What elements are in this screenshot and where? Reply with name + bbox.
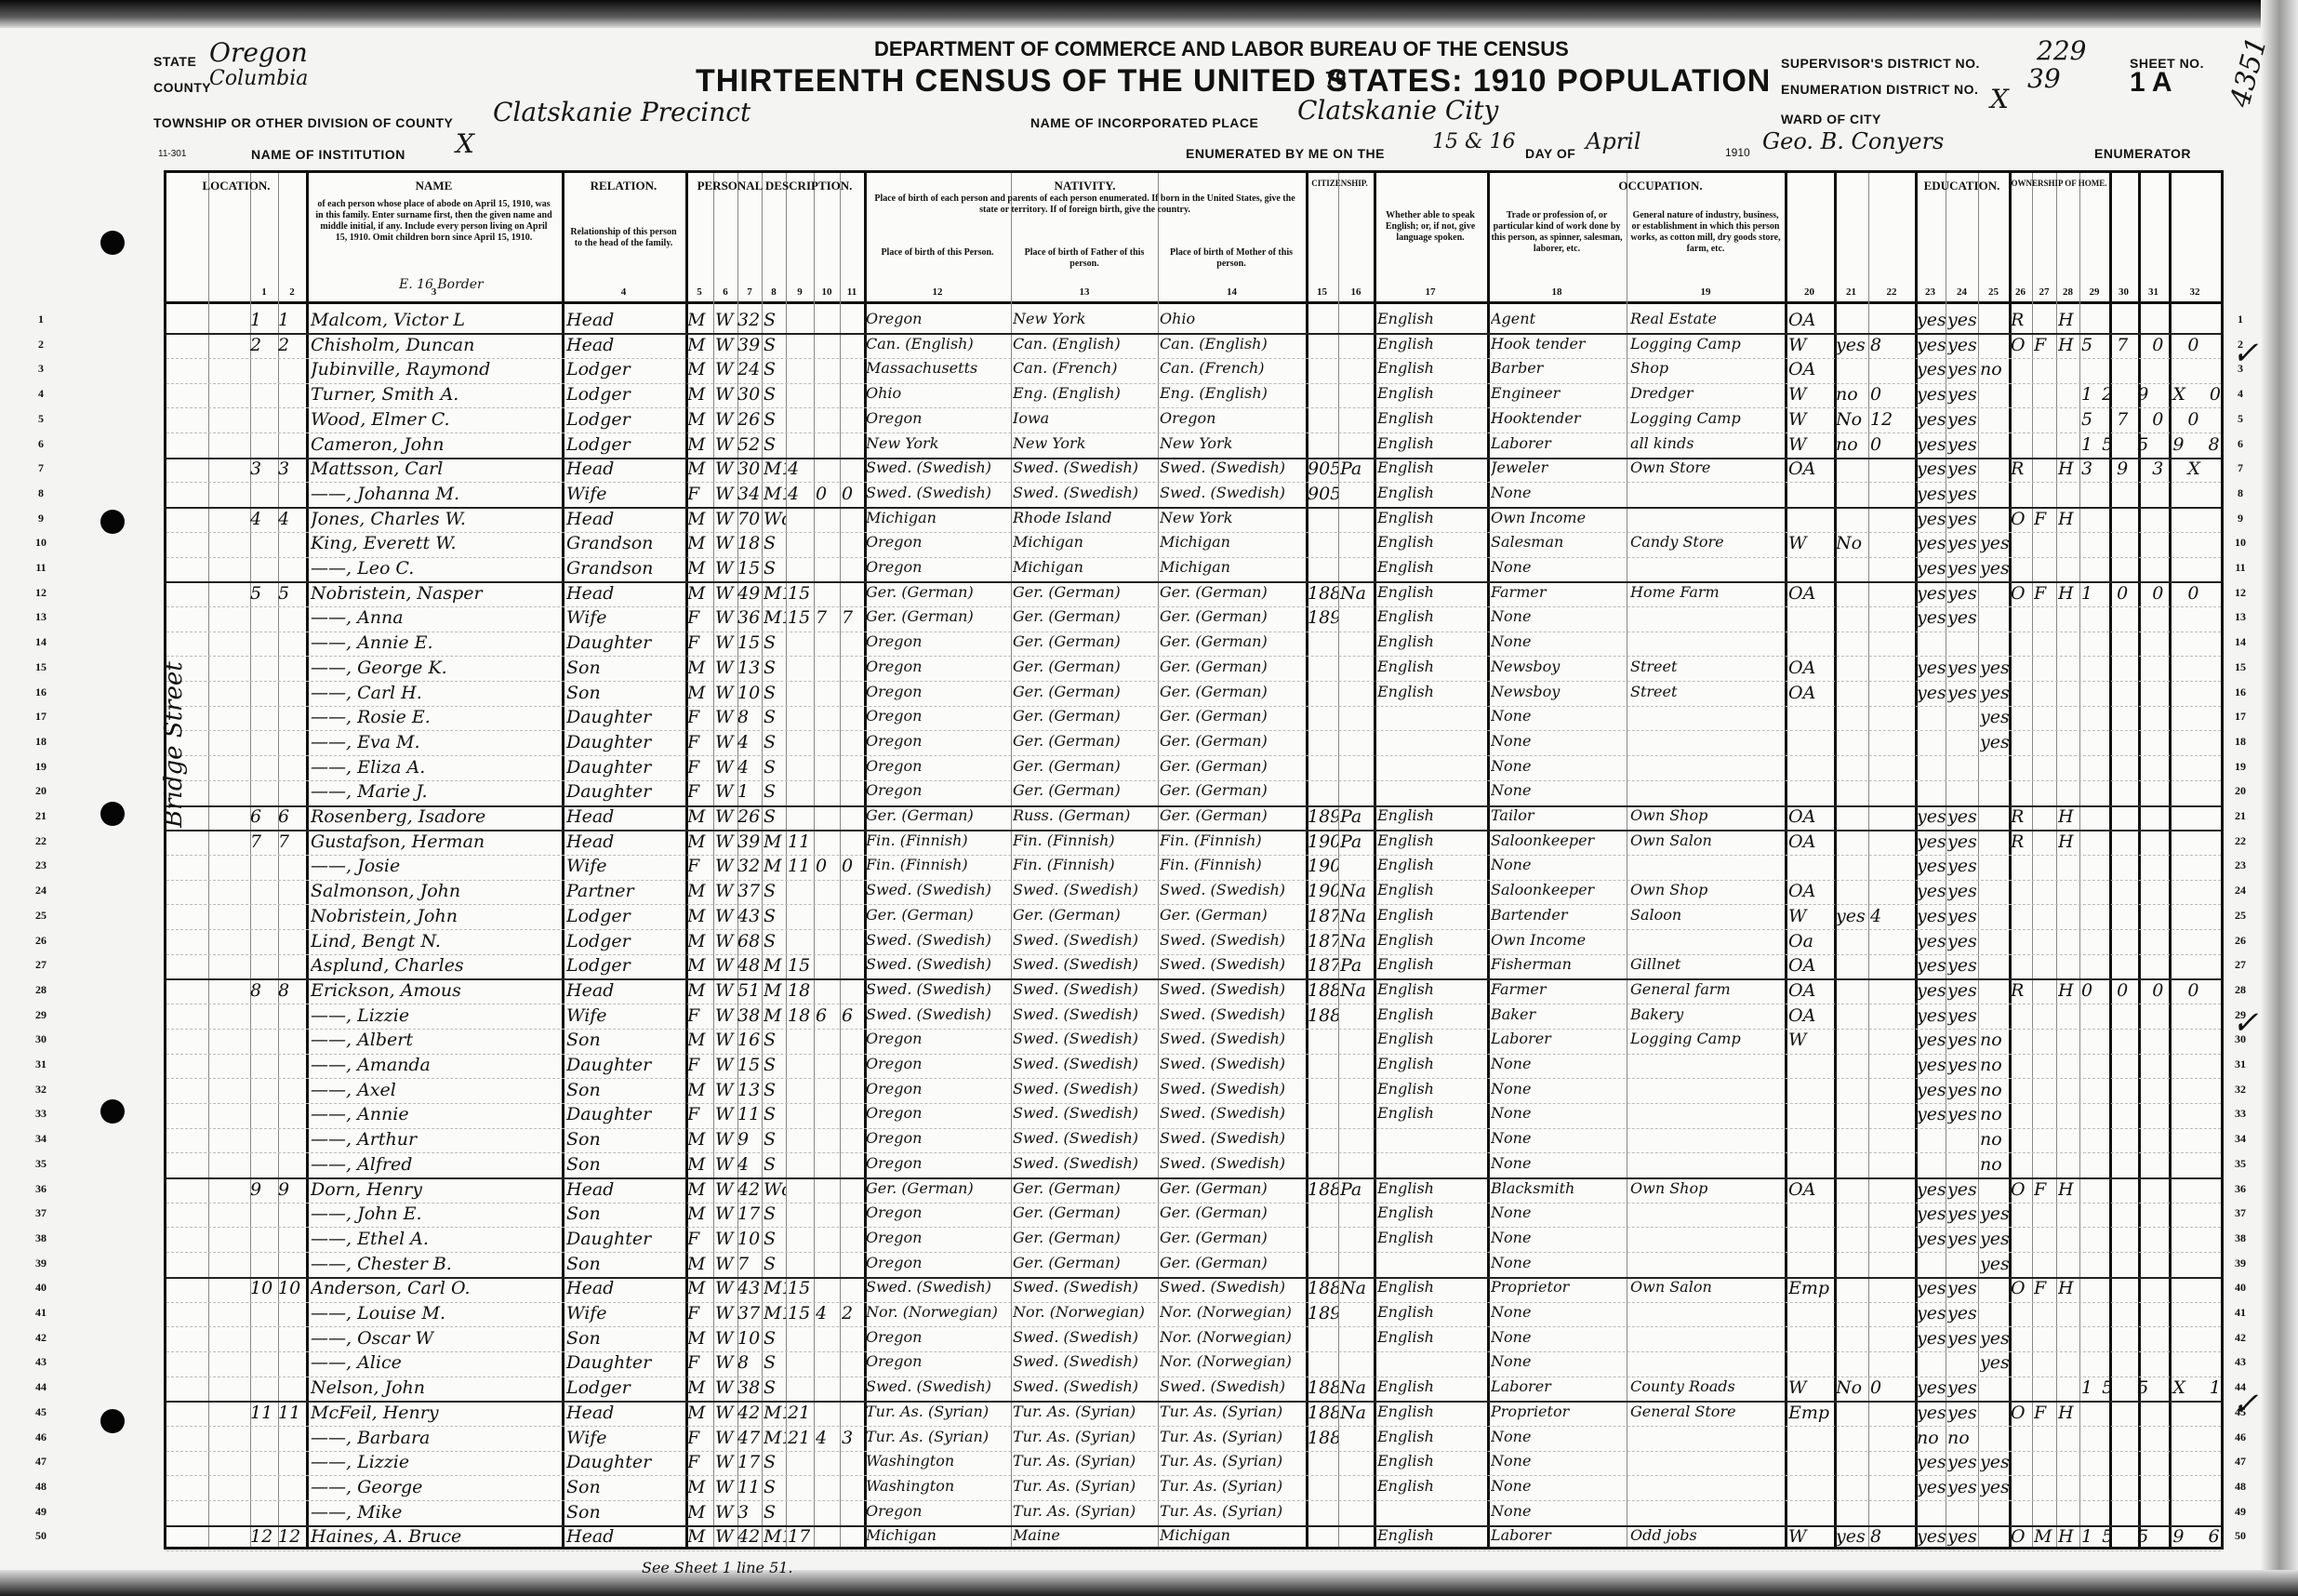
column-number: 28 [2056,286,2079,298]
cell-father-birth: Swed. (Swedish) [1013,1352,1158,1370]
cell-immigration: 1889 [1308,1428,1338,1448]
cell-trade: Farmer [1491,980,1627,998]
cell-schedule: 5 7 0 0 [2081,409,2221,430]
cell-years-married: 4 [788,459,814,479]
cell-language: English [1377,1104,1487,1122]
cell-immigration: 1889 [1308,980,1338,1001]
cell-industry: Odd jobs [1630,1526,1785,1544]
cell-relation: Son [566,683,685,703]
cell-race: W [715,558,737,579]
cell-marital: M1 [764,459,786,479]
cell-race: W [715,1403,737,1423]
cell-father-birth: Ger. (German) [1013,732,1158,750]
cell-school: no [1980,1154,2009,1175]
cell-owned: O [2011,335,2032,355]
cell-sex: M [687,1030,713,1050]
cell-years-married: 11 [788,856,814,876]
cell-name: ——, Lizzie [311,1452,562,1472]
cell-living: 2 [842,1303,864,1323]
enumerator-label: ENUMERATOR [2094,146,2191,161]
cell-language: English [1377,484,1487,501]
cell-mortgage: F [2034,509,2056,529]
column-number: 5 [685,286,713,298]
line-number: 41 [27,1306,55,1320]
cell-age: 15 [737,558,762,579]
cell-school: yes [1980,1477,2009,1497]
cell-owned: R [2011,459,2032,479]
cell-birth: Oregon [866,533,1011,551]
cell-trade: Saloonkeeper [1491,881,1627,898]
cell-dwelling: 11 [250,1403,278,1423]
cell-relation: Son [566,1328,685,1349]
cell-language: English [1377,931,1487,949]
cell-relation: Daughter [566,1055,685,1075]
cell-owned: O [2011,1403,2032,1423]
cell-father-birth: Michigan [1013,533,1158,551]
cell-birth: Ger. (German) [866,1179,1011,1197]
cell-name: King, Everett W. [311,533,562,553]
cell-race: W [715,1278,737,1298]
cell-mother-birth: Swed. (Swedish) [1160,881,1306,898]
cell-trade: Saloonkeeper [1491,831,1627,849]
cell-marital: S [764,533,786,553]
cell-immigration: 1901 [1308,831,1338,852]
cell-name: ——, Lizzie [311,1005,562,1026]
cell-write: yes [1947,831,1978,852]
cell-language: English [1377,583,1487,601]
cell-read: yes [1917,558,1946,579]
cell-trade: None [1491,856,1627,873]
cell-mother-birth: Oregon [1160,409,1306,427]
cell-mother-birth: Ger. (German) [1160,806,1306,824]
cell-sex: M [687,1254,713,1274]
cell-read: yes [1917,831,1946,852]
cell-birth: Oregon [866,757,1011,775]
cell-marital: M [764,856,786,876]
cell-trade: None [1491,1129,1627,1147]
cell-trade: Own Income [1491,509,1627,526]
cell-naturalized: Pa [1340,806,1374,827]
cell-language: English [1377,607,1487,625]
cell-sex: F [687,781,713,802]
line-number: 42 [2226,1331,2254,1345]
cell-age: 8 [737,1352,762,1373]
cell-relation: Son [566,1477,685,1497]
cell-language: English [1377,310,1487,327]
cell-marital: M1 [764,1403,786,1423]
cell-owned: R [2011,831,2032,852]
line-number: 43 [2226,1355,2254,1369]
cell-relation: Head [566,1179,685,1200]
month-value: April [1586,128,1641,154]
table-row: 3838——, Ethel A.DaughterFW10SOregonGer. … [166,1227,2221,1253]
line-number: 4 [2226,387,2254,401]
table-row: 282888Erickson, AmousHeadMW51M18Swed. (S… [166,978,2221,1004]
line-number: 38 [2226,1231,2254,1245]
cell-mother-birth: New York [1160,434,1306,452]
cell-read: yes [1917,509,1946,529]
cell-write: yes [1947,1204,1978,1224]
cell-race: W [715,1303,737,1323]
cell-marital: S [764,1229,786,1249]
cell-relation: Son [566,658,685,678]
line-number: 8 [2226,486,2254,500]
cell-marital: M1 [764,607,786,628]
cell-father-birth: Swed. (Swedish) [1013,1154,1158,1172]
cell-trade: None [1491,558,1627,576]
cell-language: English [1377,683,1487,700]
line-number: 17 [2226,710,2254,724]
cell-industry: Logging Camp [1630,1030,1785,1047]
cell-years-married: 15 [788,583,814,604]
cell-age: 38 [737,1377,762,1398]
cell-read: yes [1917,434,1946,455]
table-row: 1818——, Eva M.DaughterFW4SOregonGer. (Ge… [166,730,2221,756]
cell-school: no [1980,359,2009,379]
cell-age: 26 [737,806,762,827]
cell-race: W [715,1428,737,1448]
cell-read: yes [1917,856,1946,876]
cell-relation: Daughter [566,732,685,752]
cell-trade: None [1491,781,1627,799]
cell-read: yes [1917,335,1946,355]
cell-birth: Fin. (Finnish) [866,856,1011,873]
cell-father-birth: Ger. (German) [1013,757,1158,775]
cell-trade: Blacksmith [1491,1179,1627,1197]
cell-birth: Swed. (Swedish) [866,1005,1011,1023]
cell-born: 7 [816,607,840,628]
relation-instructions: Relationship of this person to the head … [566,227,681,249]
cell-mother-birth: Ohio [1160,310,1306,327]
cell-age: 68 [737,931,762,951]
cell-father-birth: Swed. (Swedish) [1013,1104,1158,1122]
cell-language: English [1377,1179,1487,1197]
cell-father-birth: Swed. (Swedish) [1013,1278,1158,1296]
cell-race: W [715,658,737,678]
cell-write: yes [1947,509,1978,529]
section-ownership: OWNERSHIP OF HOME. [2009,179,2109,188]
line-number: 11 [2226,561,2254,575]
line-number: 35 [27,1157,55,1171]
cell-marital: S [764,683,786,703]
cell-trade: Engineer [1491,384,1627,402]
cell-write: yes [1947,359,1978,379]
cell-father-birth: Tur. As. (Syrian) [1013,1502,1158,1520]
cell-mortgage: F [2034,583,2056,604]
cell-marital: S [764,1477,786,1497]
cell-relation: Wife [566,856,685,876]
cell-race: W [715,1005,737,1026]
cell-years-married: 21 [788,1403,814,1423]
table-row: 3232——, AxelSonMW13SOregonSwed. (Swedish… [166,1078,2221,1104]
cell-read: yes [1917,1030,1946,1050]
cell-industry: Bakery [1630,1005,1785,1023]
cell-relation: Head [566,459,685,479]
cell-name: ——, Eva M. [311,732,562,752]
cell-mother-birth: Swed. (Swedish) [1160,1278,1306,1296]
cell-name: ——, Mike [311,1502,562,1523]
cell-relation: Partner [566,881,685,901]
cell-out-work: yes [1836,1526,1868,1547]
cell-farm-house: H [2058,1179,2079,1200]
cell-mother-birth: Michigan [1160,533,1306,551]
cell-sex: F [687,1303,713,1323]
cell-name: ——, Leo C. [311,558,562,579]
table-row: 3737——, John E.SonMW17SOregonGer. (Germa… [166,1202,2221,1228]
binder-hole [100,1099,125,1124]
birth-person-header: Place of birth of this Person. [869,247,1006,259]
cell-relation: Daughter [566,1452,685,1472]
cell-born: 6 [816,1005,840,1026]
cell-relation: Son [566,1254,685,1274]
cell-dwelling: 6 [250,806,278,827]
cell-race: W [715,459,737,479]
cell-mother-birth: Ger. (German) [1160,1229,1306,1246]
cell-employer: W [1788,906,1834,926]
cell-father-birth: Maine [1013,1526,1158,1544]
cell-trade: None [1491,632,1627,650]
cell-race: W [715,732,737,752]
cell-write: yes [1947,1229,1978,1249]
cell-write: yes [1947,1055,1978,1075]
cell-sex: M [687,310,713,330]
cell-industry: Shop [1630,359,1785,377]
cell-read: yes [1917,1303,1946,1323]
cell-owned: O [2011,583,2032,604]
cell-relation: Head [566,1526,685,1547]
cell-age: 32 [737,856,762,876]
cell-employer: W [1788,409,1834,430]
cell-name: Chisholm, Duncan [311,335,562,355]
cell-read: yes [1917,1104,1946,1124]
cell-race: W [715,632,737,653]
line-number: 12 [27,586,55,600]
cell-age: 48 [737,955,762,976]
line-number: 11 [27,561,55,575]
line-number: 19 [2226,760,2254,774]
cell-language: English [1377,1278,1487,1296]
cell-years-married: 21 [788,1428,814,1448]
cell-birth: Swed. (Swedish) [866,955,1011,973]
line-number: 47 [27,1455,55,1469]
line-number: 8 [27,486,55,500]
cell-naturalized: Na [1340,906,1374,926]
line-number: 46 [2226,1430,2254,1444]
section-nativity: NATIVITY. [864,179,1306,193]
cell-mother-birth: Tur. As. (Syrian) [1160,1428,1306,1445]
cell-trade: Own Income [1491,931,1627,949]
cell-age: 32 [737,310,762,330]
section-personal: PERSONAL DESCRIPTION. [685,179,864,193]
cell-years-married: 11 [788,831,814,852]
cell-race: W [715,831,737,852]
cell-schedule: 3 9 3 X [2081,459,2221,479]
cell-birth: Fin. (Finnish) [866,831,1011,849]
cell-schedule: 1 0 0 0 [2081,583,2221,604]
cell-name: ——, Albert [311,1030,562,1050]
cell-mother-birth: Swed. (Swedish) [1160,1005,1306,1023]
cell-read: yes [1917,1278,1946,1298]
cell-age: 36 [737,607,762,628]
cell-trade: None [1491,1229,1627,1246]
cell-father-birth: Ger. (German) [1013,906,1158,924]
cell-industry: Own Salon [1630,1278,1785,1296]
cell-mother-birth: Swed. (Swedish) [1160,1055,1306,1072]
line-number: 39 [27,1257,55,1270]
line-number: 21 [27,809,55,823]
footnote: See Sheet 1 line 51. [642,1559,793,1576]
cell-employer: OA [1788,1005,1834,1026]
census-title: THIRTEENTH CENSUS OF THE UNITED STATES: … [696,63,1771,100]
cell-race: W [715,335,737,355]
cell-industry: Own Shop [1630,881,1785,898]
cell-language: English [1377,459,1487,476]
cell-name: ——, George K. [311,658,562,678]
cell-father-birth: Ger. (German) [1013,1229,1158,1246]
cell-marital: S [764,1502,786,1523]
cell-write: yes [1947,1526,1978,1547]
line-number: 16 [2226,685,2254,699]
cell-relation: Head [566,1403,685,1423]
cell-birth: Swed. (Swedish) [866,484,1011,501]
line-number: 1 [27,313,55,326]
cell-age: 39 [737,831,762,852]
cell-trade: Agent [1491,310,1627,327]
line-number: 50 [27,1529,55,1543]
cell-write: yes [1947,806,1978,827]
cell-employer: OA [1788,1179,1834,1200]
cell-write: yes [1947,434,1978,455]
cell-father-birth: Ger. (German) [1013,683,1158,700]
cell-language: English [1377,1328,1487,1346]
cell-relation: Head [566,806,685,827]
state-value: Oregon [209,37,308,68]
cell-school: yes [1980,1229,2009,1249]
line-number: 14 [2226,635,2254,649]
cell-birth: Oregon [866,632,1011,650]
cell-family: 5 [278,583,306,604]
column-number: 23 [1915,286,1946,298]
cell-read: yes [1917,310,1946,330]
cell-race: W [715,583,737,604]
cell-relation: Head [566,509,685,529]
line-number: 34 [27,1132,55,1146]
column-number: 15 [1306,286,1338,298]
cell-trade: Proprietor [1491,1278,1627,1296]
column-number: 12 [864,286,1011,298]
cell-mother-birth: Ger. (German) [1160,707,1306,725]
cell-father-birth: Tur. As. (Syrian) [1013,1452,1158,1470]
line-number: 10 [27,536,55,550]
cell-age: 13 [737,658,762,678]
cell-employer: OA [1788,658,1834,678]
cell-industry: Logging Camp [1630,409,1785,427]
cell-dwelling: 3 [250,459,278,479]
cell-name: Erickson, Amous [311,980,562,1001]
cell-language: English [1377,881,1487,898]
cell-age: 17 [737,1452,762,1472]
line-number: 39 [2226,1257,2254,1270]
cell-mother-birth: Michigan [1160,558,1306,576]
cell-trade: None [1491,1254,1627,1271]
cell-age: 70 [737,509,762,529]
institution-label: NAME OF INSTITUTION [251,147,405,162]
nativity-instructions: Place of birth of each person and parent… [873,193,1296,216]
cell-name: ——, Josie [311,856,562,876]
cell-language: English [1377,831,1487,849]
cell-out-work: yes [1836,906,1868,926]
cell-sex: M [687,831,713,852]
cell-name: Salmonson, John [311,881,562,901]
cell-school: yes [1980,658,2009,678]
cell-marital: S [764,1377,786,1398]
cell-race: W [715,906,737,926]
cell-marital: S [764,806,786,827]
cell-birth: Oregon [866,707,1011,725]
cell-language: English [1377,658,1487,675]
cell-father-birth: Tur. As. (Syrian) [1013,1403,1158,1420]
cell-schedule: 0 0 0 0 [2081,980,2221,1001]
cell-mother-birth: Swed. (Swedish) [1160,1154,1306,1172]
table-row: 2626Lind, Bengt N.LodgerMW68SSwed. (Swed… [166,929,2221,955]
cell-trade: Laborer [1491,434,1627,452]
cell-birth: Swed. (Swedish) [866,1278,1011,1296]
cell-birth: Oregon [866,1030,1011,1047]
cell-age: 4 [737,757,762,778]
cell-employer: OA [1788,359,1834,379]
cell-immigration: 1889 [1308,1403,1338,1423]
cell-industry: Logging Camp [1630,335,1785,352]
line-number: 44 [27,1380,55,1394]
line-number: 7 [27,461,55,475]
column-number: 9 [786,286,814,298]
line-number: 20 [27,784,55,798]
cell-father-birth: New York [1013,310,1158,327]
scan-bottom-edge [0,1570,2298,1596]
cell-mother-birth: Ger. (German) [1160,1254,1306,1271]
cell-father-birth: Swed. (Swedish) [1013,980,1158,998]
cell-language: English [1377,1030,1487,1047]
cell-employer: W [1788,384,1834,405]
column-number: 21 [1834,286,1868,298]
cell-relation: Head [566,831,685,852]
cell-race: W [715,1254,737,1274]
cell-trade: Bartender [1491,906,1627,924]
cell-years-married: 15 [788,955,814,976]
cell-years-married: 15 [788,607,814,628]
cell-read: yes [1917,1005,1946,1026]
cell-mortgage: F [2034,1403,2056,1423]
cell-relation: Son [566,1080,685,1100]
cell-sex: M [687,1129,713,1150]
cell-age: 47 [737,1428,762,1448]
section-citizenship: CITIZENSHIP. [1306,179,1374,188]
line-number: 40 [27,1281,55,1295]
cell-read: yes [1917,683,1946,703]
table-row: 3939——, Chester B.SonMW7SOregonGer. (Ger… [166,1252,2221,1279]
cell-marital: S [764,1452,786,1472]
cell-birth: Swed. (Swedish) [866,459,1011,476]
cell-family: 7 [278,831,306,852]
cell-birth: Swed. (Swedish) [866,931,1011,949]
cell-birth: Ger. (German) [866,607,1011,625]
cell-industry: Home Farm [1630,583,1785,601]
line-number: 13 [27,610,55,624]
cell-read: yes [1917,1477,1946,1497]
cell-race: W [715,1352,737,1373]
cell-weeks-out: 4 [1870,906,1915,926]
line-number: 34 [2226,1132,2254,1146]
